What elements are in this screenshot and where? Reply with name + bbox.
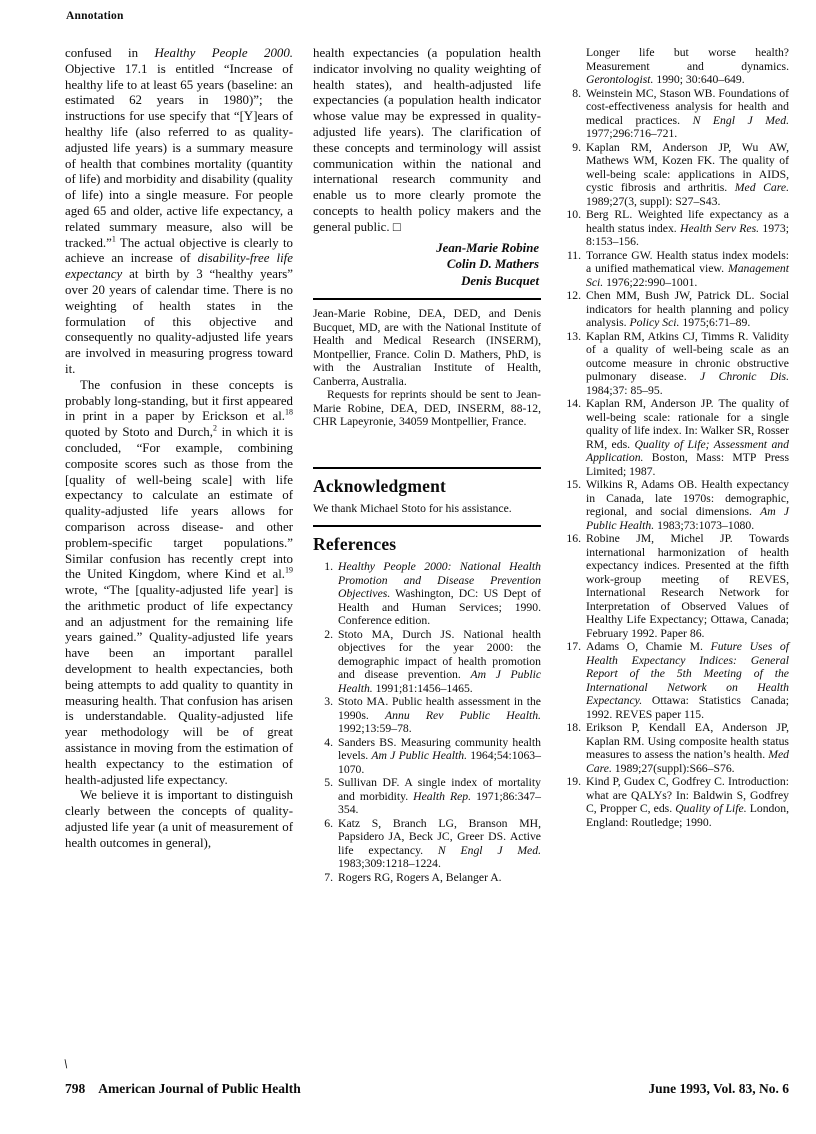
reference-text: Erikson P, Kendall EA, Anderson JP, Kapl… (586, 721, 789, 775)
reference-number: 16. (561, 532, 586, 640)
acknowledgment-text: We thank Michael Stoto for his assistanc… (313, 502, 541, 516)
reference-item: 8.Weinstein MC, Stason WB. Foundations o… (561, 87, 789, 141)
reference-number: 5. (313, 776, 338, 817)
paragraph: Requests for reprints should be sent to … (313, 388, 541, 429)
reference-item: 19.Kind P, Gudex C, Godfrey C. Introduct… (561, 775, 789, 829)
reference-number: 19. (561, 775, 586, 829)
reference-number: 2. (313, 628, 338, 696)
reference-text: Kaplan RM, Atkins CJ, Timms R. Validity … (586, 330, 789, 398)
reference-item: 5.Sullivan DF. A single index of mortali… (313, 776, 541, 817)
paragraph: Jean-Marie Robine, DEA, DED, and Denis B… (313, 307, 541, 388)
page-number: 798 (65, 1081, 85, 1096)
reference-item: 2.Stoto MA, Durch JS. National health ob… (313, 628, 541, 696)
paragraph: We believe it is important to distinguis… (65, 788, 293, 851)
reference-text: Adams O, Chamie M. Future Uses of Health… (586, 640, 789, 721)
reference-number: 12. (561, 289, 586, 330)
reference-text: Berg RL. Weighted life expectancy as a h… (586, 208, 789, 249)
acknowledgment-section: Acknowledgment We thank Michael Stoto fo… (313, 467, 541, 556)
reference-number: 1. (313, 560, 338, 628)
reference-item: 18.Erikson P, Kendall EA, Anderson JP, K… (561, 721, 789, 775)
footer-left: 798American Journal of Public Health (65, 1081, 301, 1097)
reference-text: Robine JM, Michel JP. Towards internatio… (586, 532, 789, 640)
paragraph: health expectancies (a population health… (313, 46, 541, 236)
reference-text: Torrance GW. Health status index models:… (586, 249, 789, 290)
reference-number: 8. (561, 87, 586, 141)
reference-item: 4.Sanders BS. Measuring community health… (313, 736, 541, 777)
reference-number: 14. (561, 397, 586, 478)
column-3: Longer life but worse health? Measuremen… (561, 46, 789, 829)
reference-number: 10. (561, 208, 586, 249)
column-2: health expectancies (a population health… (313, 46, 541, 884)
reference-number: 6. (313, 817, 338, 871)
reference-item: 1.Healthy People 2000: National Health P… (313, 560, 541, 628)
signature-line: Jean-Marie Robine (313, 240, 539, 257)
article-body: confused in Healthy People 2000. Objecti… (65, 46, 789, 884)
reference-text: Wilkins R, Adams OB. Health expectancy i… (586, 478, 789, 532)
reference-number (561, 46, 586, 87)
reference-number: 7. (313, 871, 338, 885)
reference-text: Weinstein MC, Stason WB. Foundations of … (586, 87, 789, 141)
reference-number: 17. (561, 640, 586, 721)
reference-number: 15. (561, 478, 586, 532)
reference-item: 14.Kaplan RM, Anderson JP. The quality o… (561, 397, 789, 478)
reference-item: 16.Robine JM, Michel JP. Towards interna… (561, 532, 789, 640)
references-top-rule (313, 525, 541, 527)
page-footer: 798American Journal of Public Health Jun… (65, 1081, 789, 1097)
paragraph: The confusion in these concepts is proba… (65, 378, 293, 789)
journal-page: Annotation confused in Healthy People 20… (0, 0, 816, 1134)
reference-item: 17.Adams O, Chamie M. Future Uses of Hea… (561, 640, 789, 721)
reference-text: Stoto MA, Durch JS. National health obje… (338, 628, 541, 696)
reference-number: 13. (561, 330, 586, 398)
reference-item: 13.Kaplan RM, Atkins CJ, Timms R. Validi… (561, 330, 789, 398)
journal-name: American Journal of Public Health (98, 1081, 301, 1096)
reference-text: Katz S, Branch LG, Branson MH, Papsidero… (338, 817, 541, 871)
reference-text: Sanders BS. Measuring community health l… (338, 736, 541, 777)
reference-text: Kind P, Gudex C, Godfrey C. Introduction… (586, 775, 789, 829)
running-head: Annotation (66, 10, 124, 22)
reference-item: 7.Rogers RG, Rogers A, Belanger A. (313, 871, 541, 885)
acknowledgment-top-rule (313, 467, 541, 469)
reference-number: 9. (561, 141, 586, 209)
reference-item: 12.Chen MM, Bush JW, Patrick DL. Social … (561, 289, 789, 330)
reference-text: Rogers RG, Rogers A, Belanger A. (338, 871, 541, 885)
reference-item: 6.Katz S, Branch LG, Branson MH, Papside… (313, 817, 541, 871)
reference-item: 9.Kaplan RM, Anderson JP, Wu AW, Mathews… (561, 141, 789, 209)
reference-text: Kaplan RM, Anderson JP. The quality of w… (586, 397, 789, 478)
reference-item: 10.Berg RL. Weighted life expectancy as … (561, 208, 789, 249)
reference-item: 11.Torrance GW. Health status index mode… (561, 249, 789, 290)
reference-text: Chen MM, Bush JW, Patrick DL. Social ind… (586, 289, 789, 330)
issue-info: June 1993, Vol. 83, No. 6 (648, 1081, 789, 1097)
reference-number: 11. (561, 249, 586, 290)
paragraph: confused in Healthy People 2000. Objecti… (65, 46, 293, 378)
reference-text: Stoto MA. Public health assessment in th… (338, 695, 541, 736)
reference-item: 15.Wilkins R, Adams OB. Health expectanc… (561, 478, 789, 532)
reference-number: 4. (313, 736, 338, 777)
reference-item: Longer life but worse health? Measuremen… (561, 46, 789, 87)
closing-paragraph: health expectancies (a population health… (313, 46, 541, 236)
reference-number: 18. (561, 721, 586, 775)
author-affiliations: Jean-Marie Robine, DEA, DED, and Denis B… (313, 307, 541, 429)
reference-text: Healthy People 2000: National Health Pro… (338, 560, 541, 628)
signature-line: Colin D. Mathers (313, 256, 539, 273)
reference-number: 3. (313, 695, 338, 736)
reference-text: Kaplan RM, Anderson JP, Wu AW, Mathews W… (586, 141, 789, 209)
references-list-col3: 8.Weinstein MC, Stason WB. Foundations o… (561, 87, 789, 830)
reference-text: Sullivan DF. A single index of mortality… (338, 776, 541, 817)
author-signatures: Jean-Marie RobineColin D. MathersDenis B… (313, 240, 539, 290)
signature-line: Denis Bucquet (313, 273, 539, 290)
reference-continuation-text: Longer life but worse health? Measuremen… (586, 46, 789, 87)
references-heading: References (313, 534, 541, 555)
acknowledgment-heading: Acknowledgment (313, 476, 541, 497)
column-1: confused in Healthy People 2000. Objecti… (65, 46, 293, 852)
references-list-col2: 1.Healthy People 2000: National Health P… (313, 560, 541, 884)
scan-artifact-mark: \ (63, 1056, 69, 1072)
reference-continuation-block: Longer life but worse health? Measuremen… (561, 46, 789, 87)
reference-item: 3.Stoto MA. Public health assessment in … (313, 695, 541, 736)
affiliation-divider-rule (313, 298, 541, 300)
